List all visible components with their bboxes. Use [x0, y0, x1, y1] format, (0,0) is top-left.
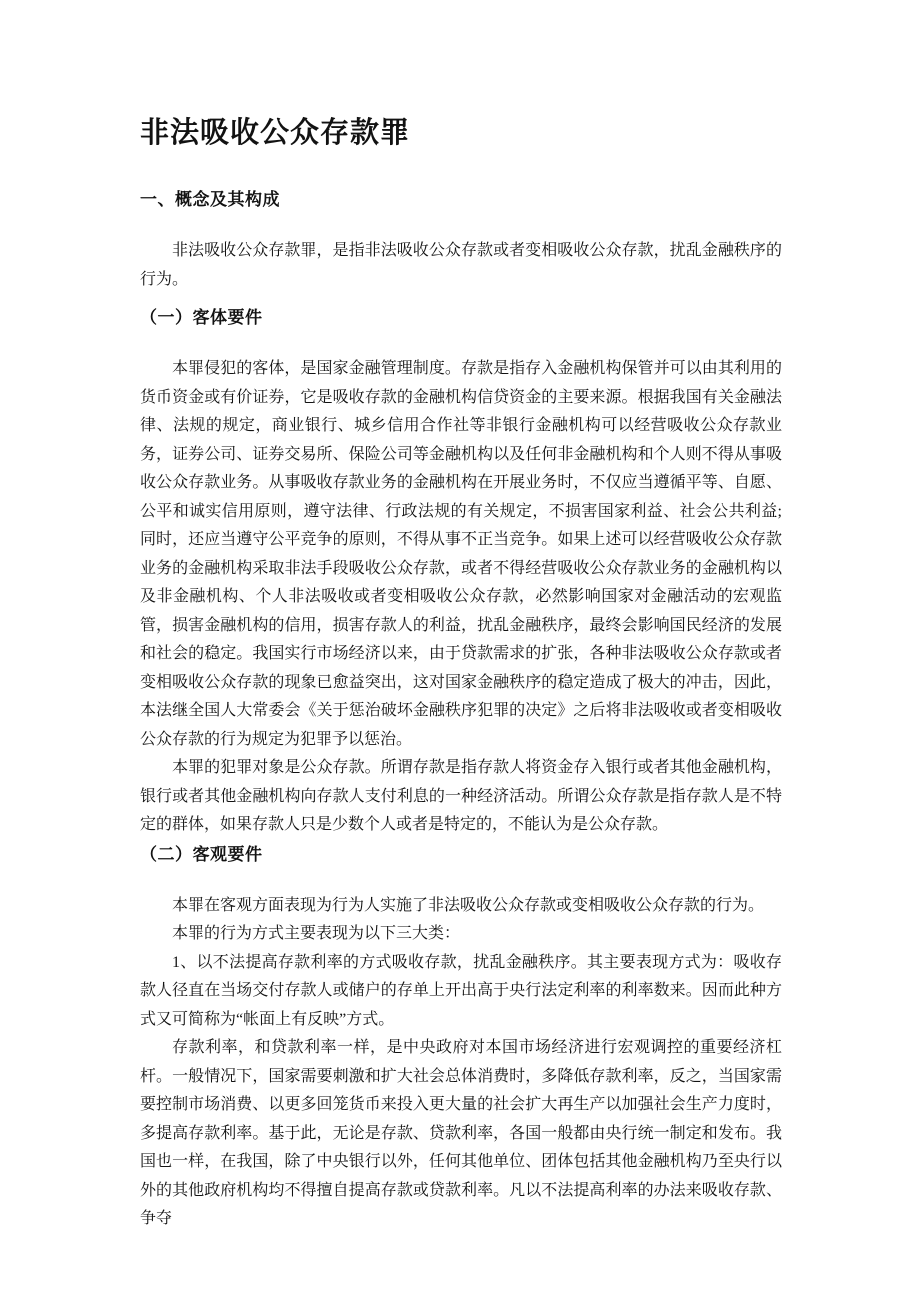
- section-heading-object-element: （一）客体要件: [140, 308, 782, 328]
- paragraph: 非法吸收公众存款罪，是指非法吸收公众存款或者变相吸收公众存款，扰乱金融秩序的行为…: [140, 237, 782, 294]
- section-heading-concept: 一、概念及其构成: [140, 190, 782, 210]
- section-heading-objective-element: （二）客观要件: [140, 845, 782, 865]
- paragraph: 1、以不法提高存款利率的方式吸收存款，扰乱金融秩序。其主要表现方式为：吸收存款人…: [140, 949, 782, 1035]
- document-page: 非法吸收公众存款罪 一、概念及其构成 非法吸收公众存款罪，是指非法吸收公众存款或…: [0, 0, 920, 1302]
- paragraph: 本罪侵犯的客体，是国家金融管理制度。存款是指存入金融机构保管并可以由其利用的货币…: [140, 355, 782, 754]
- paragraph: 本罪在客观方面表现为行为人实施了非法吸收公众存款或变相吸收公众存款的行为。: [140, 892, 782, 921]
- document-title: 非法吸收公众存款罪: [140, 116, 782, 150]
- document-content: 非法吸收公众存款罪 一、概念及其构成 非法吸收公众存款罪，是指非法吸收公众存款或…: [140, 0, 782, 1234]
- paragraph: 本罪的行为方式主要表现为以下三大类：: [140, 920, 782, 949]
- paragraph: 本罪的犯罪对象是公众存款。所谓存款是指存款人将资金存入银行或者其他金融机构，银行…: [140, 754, 782, 840]
- paragraph: 存款利率，和贷款利率一样，是中央政府对本国市场经济进行宏观调控的重要经济杠杆。一…: [140, 1034, 782, 1234]
